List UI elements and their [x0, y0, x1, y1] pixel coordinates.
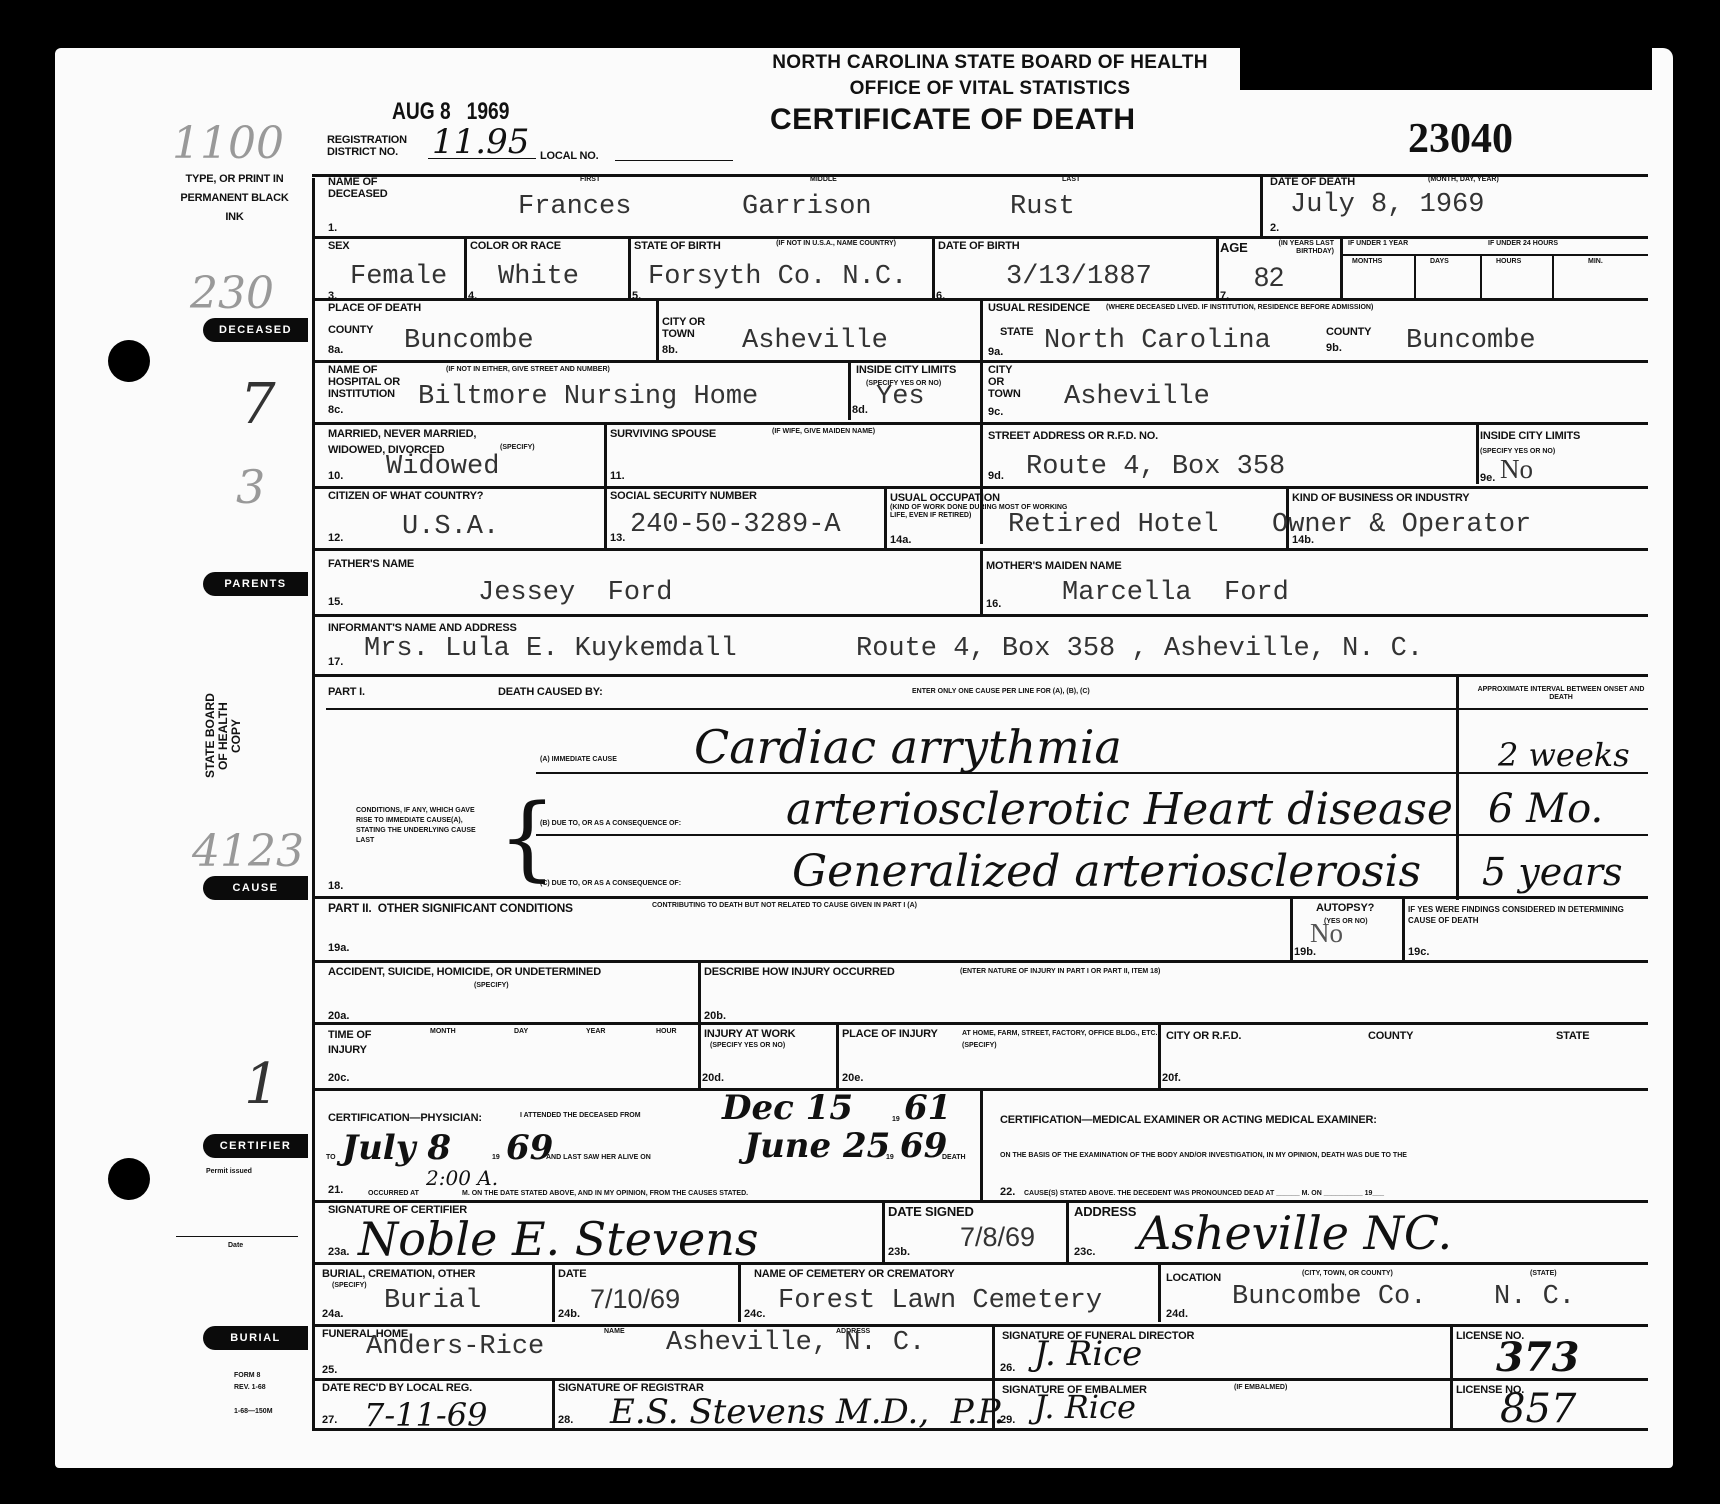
citizen-value: U.S.A.	[402, 512, 499, 542]
divider	[884, 486, 887, 548]
date-signed-value: 7/8/69	[960, 1222, 1035, 1253]
hospital-sublabel: (IF NOT IN EITHER, GIVE STREET AND NUMBE…	[446, 366, 610, 374]
date-of-death-sublabel: (MONTH, DAY, YEAR)	[1428, 176, 1499, 184]
day-label: DAY	[514, 1028, 528, 1036]
last-saw-year: 69	[900, 1126, 947, 1166]
hours-label: HOURS	[1496, 258, 1521, 266]
attended-from-date: Dec 15	[722, 1088, 853, 1128]
punch-hole	[108, 340, 150, 382]
sex-label: SEX	[328, 240, 349, 252]
race-label: COLOR OR RACE	[470, 240, 561, 252]
margin-note: 1	[244, 1052, 280, 1117]
ssn-value: 240-50-3289-A	[630, 510, 841, 540]
part-2-sublabel: CONTRIBUTING TO DEATH BUT NOT RELATED TO…	[652, 902, 917, 910]
field-number: 26.	[1000, 1362, 1015, 1374]
city-label: CITY OR TOWN	[662, 316, 712, 340]
residence-sublabel: (WHERE DECEASED LIVED. IF INSTITUTION, R…	[1106, 304, 1373, 312]
divider	[312, 236, 1648, 239]
century-prefix: 19	[892, 1116, 900, 1124]
field-number: 15.	[328, 596, 343, 608]
divider	[932, 236, 935, 300]
interval-label: APPROXIMATE INTERVAL BETWEEN ONSET AND D…	[1476, 686, 1646, 702]
res-inside-limits-label: INSIDE CITY LIMITS	[1480, 430, 1580, 442]
first-name-value: Frances	[518, 192, 631, 222]
divider	[1480, 254, 1482, 300]
century-prefix: 19	[492, 1154, 500, 1162]
divider	[312, 360, 1648, 363]
field-number: 22.	[1000, 1186, 1015, 1198]
district-underline	[428, 158, 536, 159]
cause-c-value: Generalized arteriosclerosis	[792, 846, 1421, 897]
injury-at-work-sublabel: (SPECIFY YES OR NO)	[710, 1042, 785, 1050]
to-label: TO	[326, 1154, 336, 1162]
informant-name: Mrs. Lula E. Kuykemdall	[364, 634, 737, 664]
divider	[604, 422, 607, 548]
divider	[1414, 254, 1416, 300]
divider	[312, 960, 1648, 963]
field-number: 20a.	[328, 1010, 349, 1022]
divider	[312, 896, 1648, 899]
field-number: 14a.	[890, 534, 911, 546]
received-date-label: DATE REC'D BY LOCAL REG.	[322, 1382, 472, 1394]
time-of-death: 2:00 A.	[426, 1166, 498, 1190]
res-state-label: STATE	[1000, 326, 1033, 338]
informant-label: INFORMANT'S NAME AND ADDRESS	[328, 622, 517, 634]
bracket: {	[498, 784, 557, 891]
age-label: AGE	[1220, 242, 1248, 254]
birth-state-label: STATE OF BIRTH	[634, 240, 721, 252]
citizen-label: CITIZEN OF WHAT COUNTRY?	[328, 490, 483, 502]
disposition-sublabel: (SPECIFY)	[332, 1282, 367, 1290]
dob-value: 3/13/1887	[1006, 262, 1152, 292]
field-number: 24c.	[744, 1308, 765, 1320]
field-number: 20e.	[842, 1072, 863, 1084]
field-number: 23a.	[328, 1246, 349, 1258]
embalmer-signature: J. Rice	[1034, 1388, 1136, 1426]
name-label: NAME OF DECEASED	[328, 176, 408, 200]
divider	[1402, 896, 1405, 960]
ssn-label: SOCIAL SECURITY NUMBER	[610, 490, 757, 502]
certifier-signature: Noble E. Stevens	[358, 1212, 758, 1266]
agency-line-2: OFFICE OF VITAL STATISTICS	[740, 78, 1240, 100]
date-label: Date	[228, 1242, 243, 1250]
divider	[326, 708, 1648, 710]
local-number-label: LOCAL NO.	[540, 150, 599, 162]
section-tab-cause: CAUSE	[203, 876, 308, 900]
accident-label: ACCIDENT, SUICIDE, HOMICIDE, OR UNDETERM…	[328, 966, 601, 978]
describe-injury-label: DESCRIBE HOW INJURY OCCURRED	[704, 966, 895, 978]
month-label: MONTH	[430, 1028, 456, 1036]
under-24-hours-label: IF UNDER 24 HOURS	[1488, 240, 1558, 248]
middle-name-label: MIDDLE	[810, 176, 837, 184]
divider	[536, 772, 1648, 774]
cause-instruction: ENTER ONLY ONE CAUSE PER LINE FOR (a), (…	[912, 688, 1090, 696]
months-label: MONTHS	[1352, 258, 1382, 266]
divider	[1552, 254, 1554, 300]
margin-note: 230	[190, 268, 274, 319]
divider	[1216, 236, 1219, 300]
field-number: 19c.	[1408, 946, 1429, 958]
medical-examiner-text-2: CAUSE(S) STATED ABOVE. THE DECEDENT WAS …	[1024, 1190, 1384, 1198]
inside-limits-label: INSIDE CITY LIMITS	[856, 364, 956, 376]
inside-limits-value: Yes	[876, 382, 925, 412]
divider	[312, 1378, 1648, 1381]
field-number: 8c.	[328, 404, 343, 416]
county-label: COUNTY	[328, 324, 373, 336]
divider	[312, 422, 1648, 425]
injury-city-label: CITY OR R.F.D.	[1166, 1030, 1241, 1042]
age-sublabel: (IN YEARS LAST BIRTHDAY)	[1254, 240, 1334, 256]
margin-note: 7	[240, 372, 276, 437]
location-value: Buncombe Co.	[1232, 1282, 1426, 1312]
location-sublabel: (CITY, TOWN, OR COUNTY)	[1302, 1270, 1393, 1278]
res-county-value: Buncombe	[1406, 326, 1536, 356]
field-number: 11.	[610, 470, 625, 482]
marital-sublabel: (SPECIFY)	[500, 444, 535, 452]
divider	[1290, 896, 1293, 960]
accident-sublabel: (SPECIFY)	[474, 982, 509, 990]
cause-a-label: (a) IMMEDIATE CAUSE	[540, 756, 617, 764]
occupation-label: USUAL OCCUPATION	[890, 492, 1000, 504]
spouse-label: SURVIVING SPOUSE	[610, 428, 716, 440]
cause-b-value: arteriosclerotic Heart disease	[786, 784, 1453, 835]
field-number: 20d.	[702, 1072, 724, 1084]
res-state-value: North Carolina	[1044, 326, 1271, 356]
medical-examiner-text: ON THE BASIS OF THE EXAMINATION OF THE B…	[1000, 1152, 1407, 1160]
field-number: 2.	[1270, 222, 1279, 234]
res-city-label: CITY OR TOWN	[988, 364, 1028, 400]
days-label: DAYS	[1430, 258, 1449, 266]
father-value: Jessey Ford	[478, 578, 672, 608]
res-city-value: Asheville	[1064, 382, 1210, 412]
county-value: Buncombe	[404, 326, 534, 356]
divider	[698, 960, 701, 1090]
field-number: 13.	[610, 532, 625, 544]
registrar-signature: E.S. Stevens M.D., P.P.	[610, 1392, 1004, 1432]
document-title: CERTIFICATE OF DEATH	[770, 103, 1136, 137]
mother-value: Marcella Ford	[1062, 578, 1289, 608]
place-of-death-label: PLACE OF DEATH	[328, 302, 421, 314]
margin-note: 4123	[192, 826, 304, 877]
field-number: 19b.	[1294, 946, 1316, 958]
father-label: FATHER'S NAME	[328, 558, 414, 570]
funeral-home-address: Asheville, N. C.	[666, 1328, 925, 1358]
margin-note: 1100	[172, 118, 284, 169]
field-number: 9a.	[988, 346, 1003, 358]
marital-value: Widowed	[386, 452, 499, 482]
section-tab-burial: BURIAL	[203, 1326, 308, 1350]
embalmer-sublabel: (IF EMBALMED)	[1234, 1384, 1287, 1392]
res-county-label: COUNTY	[1326, 326, 1371, 338]
permit-issued-label: Permit issued	[206, 1168, 252, 1176]
death-caused-by-label: DEATH CAUSED BY:	[498, 686, 603, 698]
cause-a-value: Cardiac arrythmia	[694, 720, 1122, 774]
divider	[882, 1200, 885, 1262]
field-number: 16.	[986, 598, 1001, 610]
time-of-injury-label: TIME OF INJURY	[328, 1028, 388, 1058]
disposition-value: Burial	[384, 1286, 481, 1316]
divider	[628, 236, 631, 300]
attended-to-date: July 8	[342, 1128, 451, 1168]
informant-address: Route 4, Box 358 , Asheville, N. C.	[856, 634, 1423, 664]
residence-label: USUAL RESIDENCE	[988, 302, 1090, 314]
field-number: 1.	[328, 222, 337, 234]
cause-b-interval: 6 Mo.	[1488, 786, 1603, 832]
field-number: 17.	[328, 656, 343, 668]
disposition-label: BURIAL, CREMATION, OTHER	[322, 1268, 475, 1280]
date-signed-label: DATE SIGNED	[888, 1206, 974, 1218]
location-state-label: (STATE)	[1530, 1270, 1557, 1278]
res-inside-limits-value: No	[1500, 454, 1533, 485]
last-name-label: LAST	[1062, 176, 1080, 184]
spouse-sublabel: (IF WIFE, GIVE MAIDEN NAME)	[772, 428, 875, 436]
divider	[312, 1022, 1648, 1025]
divider	[1340, 254, 1648, 256]
cause-c-interval: 5 years	[1482, 850, 1623, 894]
funeral-name-label: NAME	[604, 1328, 625, 1336]
occupation-value: Retired Hotel	[1008, 510, 1219, 540]
divider	[312, 1262, 1648, 1265]
divider	[1450, 1324, 1453, 1430]
field-number: 20f.	[1162, 1072, 1181, 1084]
certifier-address-label: ADDRESS	[1074, 1206, 1136, 1218]
divider	[980, 1088, 983, 1200]
divider	[536, 834, 1648, 836]
first-name-label: FIRST	[580, 176, 600, 184]
injury-state-label: STATE	[1556, 1030, 1589, 1042]
field-number: 19a.	[328, 942, 349, 954]
field-number: 29.	[1000, 1414, 1015, 1426]
field-number: 9e.	[1480, 472, 1495, 484]
field-number: 23b.	[888, 1246, 910, 1258]
part-1-label: PART I.	[328, 686, 365, 698]
field-number: 8d.	[852, 404, 868, 416]
field-number: 24b.	[558, 1308, 580, 1320]
cemetery-label: NAME OF CEMETERY OR CREMATORY	[754, 1268, 955, 1280]
director-license-number: 373	[1496, 1334, 1580, 1381]
divider	[552, 1378, 555, 1430]
date-of-death-label: DATE OF DEATH	[1270, 176, 1355, 188]
margin-note: 3	[236, 460, 265, 514]
registration-district-label: REGISTRATION DISTRICT NO.	[327, 134, 427, 158]
cemetery-value: Forest Lawn Cemetery	[778, 1286, 1102, 1316]
min-label: MIN.	[1588, 258, 1603, 266]
certifier-address: Asheville NC.	[1138, 1206, 1452, 1260]
divider	[848, 360, 851, 420]
injury-at-work-label: INJURY AT WORK	[704, 1028, 795, 1040]
occurred-rest-text: M. ON THE DATE STATED ABOVE, AND IN MY O…	[462, 1190, 748, 1198]
place-of-injury-label: PLACE OF INJURY	[842, 1028, 938, 1040]
dob-label: DATE OF BIRTH	[938, 240, 1020, 252]
field-number: 10.	[328, 470, 343, 482]
conditions-label: CONDITIONS, IF ANY, WHICH GAVE RISE TO I…	[356, 806, 476, 846]
last-saw-text: AND LAST SAW HER ALIVE ON	[546, 1154, 651, 1162]
form-left-border	[312, 178, 315, 1430]
section-tab-parents: PARENTS	[203, 572, 308, 596]
place-of-injury-sublabel: AT HOME, FARM, STREET, FACTORY, OFFICE B…	[962, 1028, 1162, 1052]
birth-state-value: Forsyth Co. N.C.	[648, 262, 907, 292]
divider	[656, 298, 659, 360]
physician-cert-label: CERTIFICATION—PHYSICIAN:	[328, 1112, 482, 1124]
divider	[1158, 1022, 1161, 1090]
injury-county-label: COUNTY	[1368, 1030, 1413, 1042]
divider	[1476, 422, 1479, 484]
divider	[464, 236, 467, 300]
street-label: STREET ADDRESS OR R.F.D. No.	[988, 430, 1158, 442]
occurred-text: OCCURRED AT	[368, 1190, 419, 1198]
section-tab-certifier: CERTIFIER	[203, 1134, 308, 1158]
attended-from-year: 61	[904, 1088, 951, 1128]
field-number: 25.	[322, 1364, 337, 1376]
form-print-run: 1-68—150M	[234, 1408, 273, 1416]
funeral-director-signature: J. Rice	[1034, 1334, 1142, 1374]
attended-text: I ATTENDED THE DECEASED FROM	[520, 1112, 641, 1120]
funeral-home-value: Anders-Rice	[366, 1332, 544, 1362]
burial-date-label: DATE	[558, 1268, 586, 1280]
agency-line-1: NORTH CAROLINA STATE BOARD OF HEALTH	[740, 52, 1240, 74]
divider	[738, 1262, 741, 1322]
certificate-number: 23040	[1408, 115, 1513, 163]
city-value: Asheville	[742, 326, 888, 356]
cause-b-label: (b) DUE TO, OR AS A CONSEQUENCE OF:	[540, 820, 681, 828]
field-number: 9d.	[988, 470, 1004, 482]
mother-label: MOTHER'S MAIDEN NAME	[986, 560, 1122, 572]
location-state-value: N. C.	[1494, 1282, 1575, 1312]
findings-label: IF YES WERE FINDINGS CONSIDERED IN DETER…	[1408, 904, 1644, 926]
century-prefix: 19	[886, 1154, 894, 1162]
field-number: 23c.	[1074, 1246, 1095, 1258]
divider	[1066, 1200, 1069, 1262]
divider	[1340, 236, 1343, 300]
divider	[312, 1200, 1648, 1203]
year-label: YEAR	[586, 1028, 605, 1036]
ink-instructions: TYPE, OR PRINT IN PERMANENT BLACK INK	[172, 170, 297, 227]
street-value: Route 4, Box 358	[1026, 452, 1285, 482]
under-1-year-label: IF UNDER 1 YEAR	[1348, 240, 1408, 248]
field-number: 28.	[558, 1414, 573, 1426]
divider	[312, 674, 1648, 677]
medical-examiner-label: CERTIFICATION—MEDICAL EXAMINER OR ACTING…	[1000, 1114, 1377, 1126]
state-copy-label: STATE BOARD OF HEALTH COPY	[204, 688, 248, 784]
hour-label: HOUR	[656, 1028, 677, 1036]
death-text: DEATH	[942, 1154, 966, 1162]
field-number: 20c.	[328, 1072, 349, 1084]
sex-value: Female	[350, 262, 447, 292]
field-number: 20b.	[704, 1010, 726, 1022]
autopsy-label: AUTOPSY?	[1316, 902, 1374, 914]
redaction-bar	[1240, 40, 1652, 90]
describe-injury-sublabel: (ENTER NATURE OF INJURY IN PART I OR PAR…	[960, 968, 1160, 976]
divider	[552, 1262, 555, 1322]
field-number: 27.	[322, 1414, 337, 1426]
section-tab-deceased: DECEASED	[203, 318, 308, 342]
field-number: 12.	[328, 532, 343, 544]
field-number: 18.	[328, 880, 343, 892]
registration-district-number: 11.95	[432, 122, 529, 162]
form-revision: REV. 1-68	[234, 1384, 266, 1392]
embalmer-license-number: 857	[1500, 1386, 1576, 1432]
date-of-death-value: July 8, 1969	[1290, 190, 1484, 220]
attended-to-year: 69	[506, 1128, 553, 1168]
divider	[312, 1324, 1648, 1327]
form-bottom-border	[312, 1428, 1648, 1431]
divider	[1260, 174, 1263, 238]
field-number: 21.	[328, 1184, 343, 1196]
age-value: 82	[1254, 262, 1284, 293]
hospital-value: Biltmore Nursing Home	[418, 382, 758, 412]
race-value: White	[498, 262, 579, 292]
divider	[980, 548, 983, 614]
autopsy-value: No	[1310, 918, 1343, 949]
last-name-value: Rust	[1010, 192, 1075, 222]
burial-date-value: 7/10/69	[590, 1284, 680, 1315]
local-underline	[615, 160, 733, 161]
middle-name-value: Garrison	[742, 192, 872, 222]
divider	[312, 614, 1648, 617]
date-line	[176, 1236, 298, 1237]
cause-c-label: (c) DUE TO, OR AS A CONSEQUENCE OF:	[540, 880, 681, 888]
form-number: FORM 8	[234, 1372, 260, 1380]
cause-a-interval: 2 weeks	[1498, 736, 1630, 774]
field-number: 8a.	[328, 344, 343, 356]
location-label: LOCATION	[1166, 1272, 1221, 1284]
field-number: 9c.	[988, 406, 1003, 418]
punch-hole	[108, 1158, 150, 1200]
divider	[836, 1022, 839, 1090]
divider	[1158, 1262, 1161, 1322]
divider	[312, 486, 1648, 489]
birth-state-sublabel: (IF NOT IN U.S.A., NAME COUNTRY)	[766, 240, 896, 248]
business-label: KIND OF BUSINESS OR INDUSTRY	[1292, 492, 1469, 504]
hospital-label: NAME OF HOSPITAL OR INSTITUTION	[328, 364, 416, 400]
field-number: 14b.	[1292, 534, 1314, 546]
field-number: 9b.	[1326, 342, 1342, 354]
part-2-label: PART II. OTHER SIGNIFICANT CONDITIONS	[328, 902, 573, 914]
field-number: 24a.	[322, 1308, 343, 1320]
field-number: 24d.	[1166, 1308, 1188, 1320]
field-number: 8b.	[662, 344, 678, 356]
last-saw-date: June 25	[744, 1126, 890, 1166]
